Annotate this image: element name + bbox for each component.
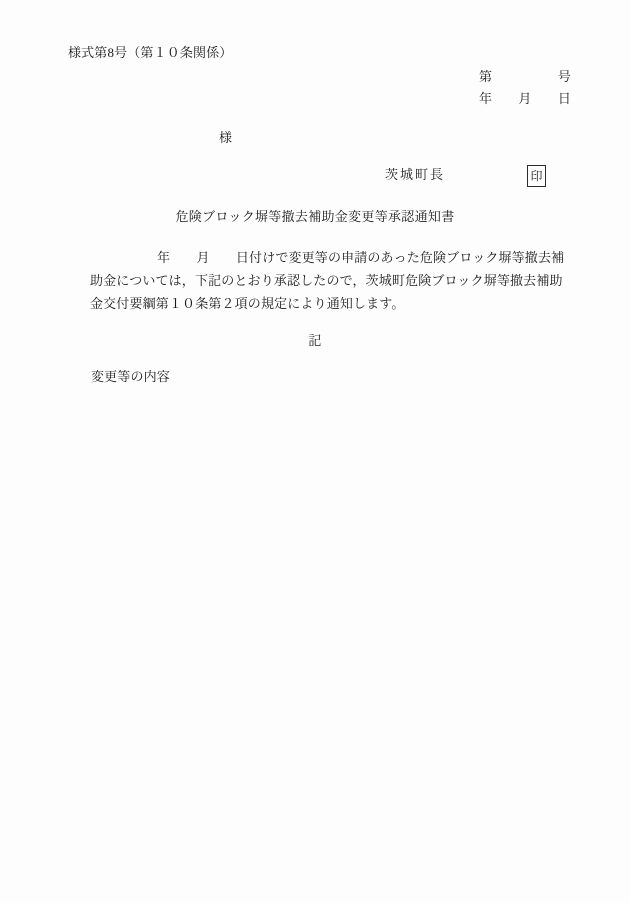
seal-box: 印 [527, 165, 546, 187]
document-number-prefix: 第 [479, 70, 492, 83]
date-line: 年 月 日 [479, 92, 571, 105]
document-title: 危険ブロック塀等撤去補助金変更等承認通知書 [0, 210, 630, 223]
body-paragraph-line: 年 月 日付けで変更等の申請のあった危険ブロック塀等撤去補 [157, 251, 564, 264]
seal-label: 印 [530, 170, 542, 182]
date-month-label: 月 [518, 92, 531, 105]
document-page: 様式第8号（第１０条関係） 第 号 年 月 日 様 茨城町長 印 危険ブロック塀… [0, 0, 630, 903]
issuer-name: 茨城町長 [385, 168, 445, 181]
body-paragraph-line: 金交付要綱第１０条第２項の規定により通知します。 [90, 297, 405, 310]
date-day-label: 日 [558, 92, 571, 105]
document-number-line: 第 号 [479, 70, 571, 83]
section-label-change-details: 変更等の内容 [91, 370, 170, 383]
date-year-label: 年 [479, 92, 492, 105]
document-number-suffix: 号 [558, 70, 571, 83]
addressee-honorific: 様 [219, 131, 232, 144]
body-paragraph-line: 助金については，下記のとおり承認したので，茨城町危険ブロック塀等撤去補助 [90, 274, 563, 287]
form-number: 様式第8号（第１０条関係） [68, 46, 232, 59]
record-marker: 記 [0, 334, 630, 347]
